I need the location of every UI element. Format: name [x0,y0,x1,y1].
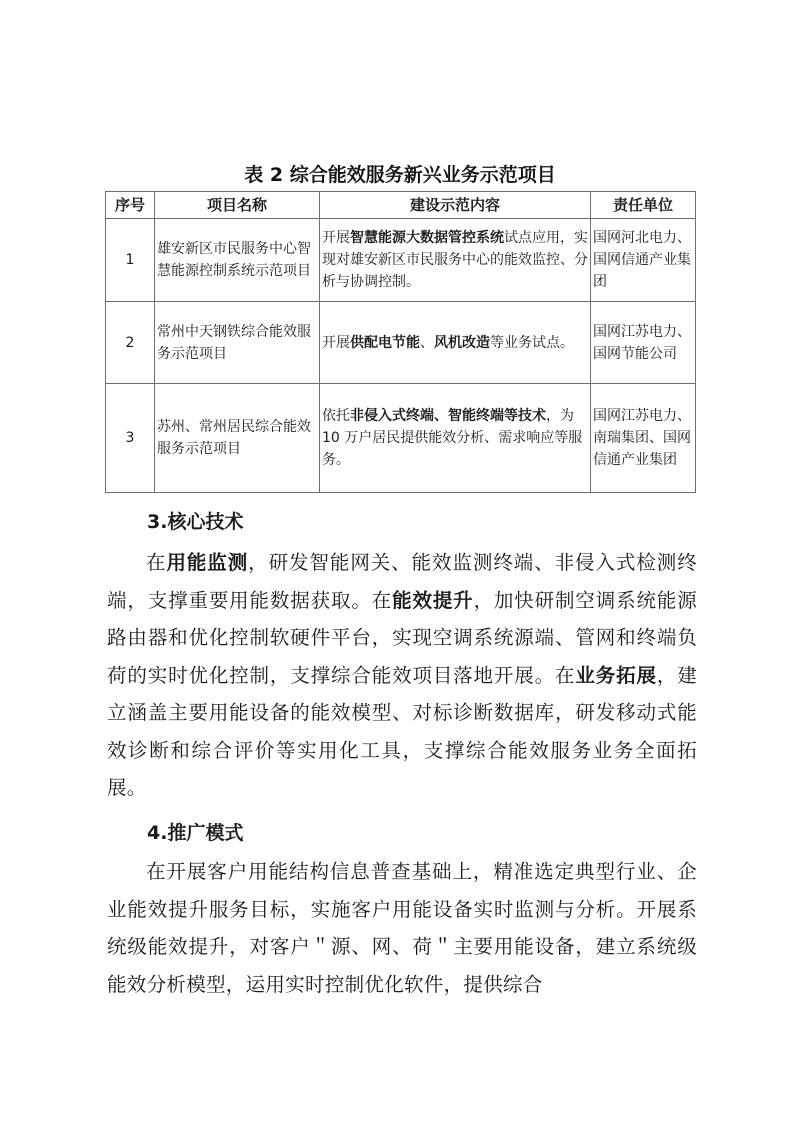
content-bold-text: 非侵入式终端、智能终端等技术 [350,408,546,424]
paragraph-text: 在 [146,551,166,574]
table-row: 1 雄安新区市民服务中心智慧能源控制系统示范项目 开展智慧能源大数据管控系统试点… [106,219,696,302]
header-content: 建设示范内容 [320,192,591,219]
table-row: 3 苏州、常州居民综合能效服务示范项目 依托非侵入式终端、智能终端等技术，为 1… [106,384,696,493]
content-text: 开展 [322,335,350,351]
content-text: 等业务试点。 [490,335,574,351]
row-index: 1 [106,219,155,302]
row-content: 开展智慧能源大数据管控系统试点应用，实现对雄安新区市民服务中心的能效监控、分析与… [320,219,591,302]
content-bold-text: 供配电节能 [350,335,420,351]
table-row: 2 常州中天钢铁综合能效服务示范项目 开展供配电节能、风机改造等业务试点。 国网… [106,302,696,384]
content-text: 依托 [322,408,350,424]
promotion-model-paragraph: 在开展客户用能结构信息普查基础上，精准选定典型行业、企业能效提升服务目标，实施客… [107,853,697,1003]
row-content: 依托非侵入式终端、智能终端等技术，为 10 万户居民提供能效分析、需求响应等服务… [320,384,591,493]
table-header-row: 序号 项目名称 建设示范内容 责任单位 [106,192,696,219]
paragraph-bold-text: 能效提升 [392,589,473,612]
row-responsible-unit: 国网江苏电力、国网节能公司 [591,302,696,384]
header-responsible-unit: 责任单位 [591,192,696,219]
header-project-name: 项目名称 [155,192,320,219]
row-project-name: 苏州、常州居民综合能效服务示范项目 [155,384,320,493]
document-page: 表 2 综合能效服务新兴业务示范项目 序号 项目名称 建设示范内容 责任单位 1… [0,0,800,1132]
row-responsible-unit: 国网河北电力、国网信通产业集团 [591,219,696,302]
section-heading-promotion-model: 4.推广模式 [147,819,243,847]
content-bold-text: 风机改造 [434,335,490,351]
content-bold-text: 智慧能源大数据管控系统 [350,230,504,246]
paragraph-bold-text: 业务拓展 [575,664,656,687]
row-content: 开展供配电节能、风机改造等业务试点。 [320,302,591,384]
row-index: 2 [106,302,155,384]
row-responsible-unit: 国网江苏电力、南瑞集团、国网信通产业集团 [591,384,696,493]
row-index: 3 [106,384,155,493]
row-project-name: 雄安新区市民服务中心智慧能源控制系统示范项目 [155,219,320,302]
content-text: 开展 [322,230,350,246]
content-text: 、 [420,335,434,351]
header-index: 序号 [106,192,155,219]
section-heading-core-technology: 3.核心技术 [147,508,243,536]
demo-projects-table: 序号 项目名称 建设示范内容 责任单位 1 雄安新区市民服务中心智慧能源控制系统… [105,191,696,493]
row-project-name: 常州中天钢铁综合能效服务示范项目 [155,302,320,384]
paragraph-bold-text: 用能监测 [166,551,248,574]
core-technology-paragraph: 在用能监测，研发智能网关、能效监测终端、非侵入式检测终端，支撑重要用能数据获取。… [107,544,697,807]
table-title: 表 2 综合能效服务新兴业务示范项目 [105,160,695,190]
